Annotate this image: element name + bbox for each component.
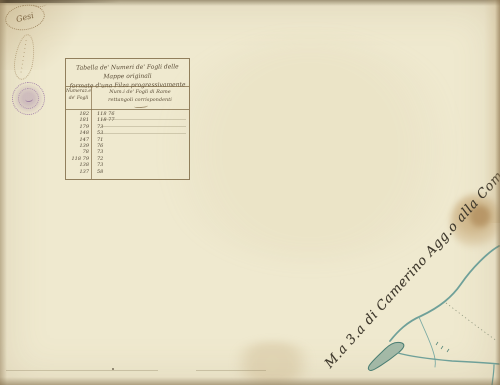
col2-header-line1: Num.i de' Fogli di Rame [91, 88, 189, 96]
grass-marks [436, 342, 449, 352]
river-oxbow-loop [368, 342, 403, 370]
col1-header-line1: Numeraz.e [66, 88, 91, 95]
top-edge-shadow [0, 0, 500, 6]
col2-header-line2: rettangoli corrispondenti [91, 96, 189, 104]
paper-crease [6, 370, 158, 371]
bottom-edge-shadow [0, 377, 500, 385]
grass-tick [441, 346, 443, 349]
col2-header: Num.i de' Fogli di Rame rettangoli corri… [91, 88, 189, 104]
table-body: 182118 76 181118 77 17973 14853 14771 13… [66, 111, 189, 175]
handwritten-annotation: M.a 3.a di Camerino Agg.o alla Com.a di [322, 145, 500, 372]
river-branch [419, 317, 435, 367]
cell-rame: 58 [91, 169, 103, 175]
dotted-mark [33, 0, 47, 7]
oval-stamp-label: Gesi [15, 11, 34, 24]
header-flourish [134, 104, 148, 109]
title-rule [66, 86, 189, 87]
paper-crease [196, 370, 266, 371]
paper-stain [225, 342, 320, 384]
round-ink-stamp [12, 82, 45, 115]
top-edge-dark [0, 0, 120, 3]
river-main [390, 246, 499, 341]
scanned-document-page: Gesi Tabella de' Numeri de' Fogli delle … [0, 0, 500, 385]
col1-header: Numeraz.e de' Fogli [66, 88, 91, 102]
cell-foglio: 137 [66, 169, 91, 175]
river-spur [492, 365, 494, 385]
river-east-reach [398, 353, 499, 364]
ink-speck [112, 368, 114, 370]
paper-mottling [150, 40, 470, 260]
leaf-stamp [12, 33, 38, 81]
table-title-line1: Tabella de' Numeri de' Fogli delle Mappe… [68, 62, 187, 81]
right-edge-shadow [495, 0, 500, 385]
header-rule [66, 109, 189, 110]
dotted-path [446, 303, 497, 341]
table-row: 13758 [66, 169, 189, 175]
left-edge-shadow [0, 0, 7, 385]
fogli-table: Tabella de' Numeri de' Fogli delle Mappe… [65, 58, 190, 180]
grass-tick [447, 349, 449, 352]
grass-tick [436, 342, 438, 345]
col1-header-line2: de' Fogli [66, 95, 91, 102]
